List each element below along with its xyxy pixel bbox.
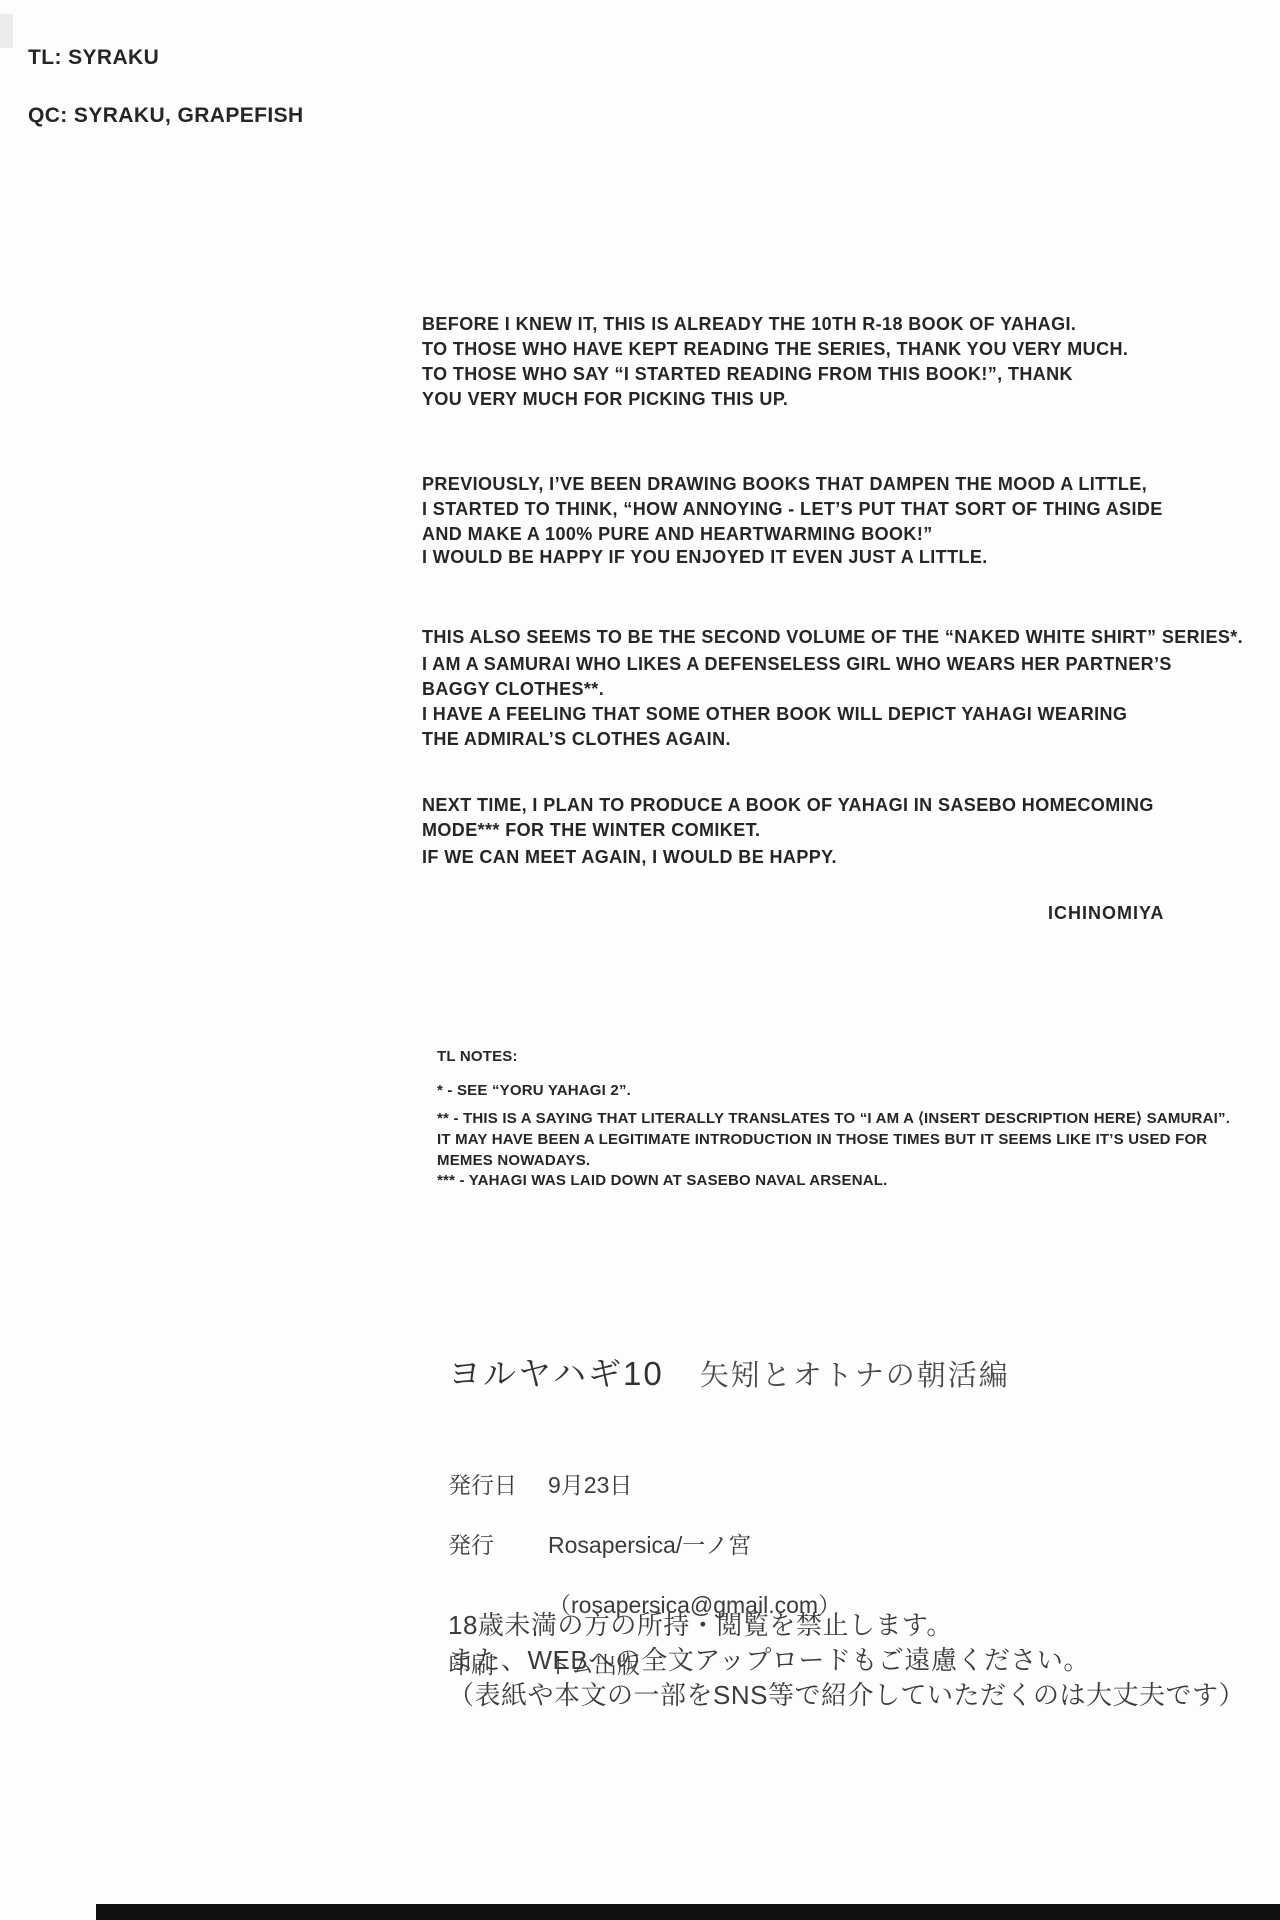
afterword-paragraph: PREVIOUSLY, I’VE BEEN DRAWING BOOKS THAT…	[422, 472, 1242, 547]
author-signature: ICHINOMIYA	[1048, 903, 1164, 924]
afterword-paragraph: I HAVE A FEELING THAT SOME OTHER BOOK WI…	[422, 702, 1242, 752]
scan-artifact	[0, 14, 13, 48]
colophon-row: 発行日 9月23日	[448, 1470, 841, 1500]
tl-notes-heading: TL NOTES:	[437, 1046, 518, 1067]
colophon-value: 9月23日	[548, 1470, 632, 1500]
book-title-main: ヨルヤハギ10	[448, 1348, 664, 1395]
afterword-paragraph: IF WE CAN MEET AGAIN, I WOULD BE HAPPY.	[422, 845, 1242, 870]
tl-note: ** - THIS IS A SAYING THAT LITERALLY TRA…	[437, 1108, 1267, 1171]
colophon-label: 発行日	[448, 1470, 548, 1500]
qc-credit-line: QC: SYRAKU, GRAPEFISH	[28, 101, 304, 130]
afterword-paragraph: I WOULD BE HAPPY IF YOU ENJOYED IT EVEN …	[422, 545, 1242, 570]
afterword-paragraph: I AM A SAMURAI WHO LIKES A DEFENSELESS G…	[422, 652, 1242, 702]
colophon-value: Rosapersica/一ノ宮	[548, 1530, 751, 1560]
afterword-paragraph: NEXT TIME, I PLAN TO PRODUCE A BOOK OF Y…	[422, 793, 1242, 843]
afterword-paragraph: BEFORE I KNEW IT, THIS IS ALREADY THE 10…	[422, 312, 1242, 412]
book-title: ヨルヤハギ10 矢矧とオトナの朝活編	[448, 1348, 1010, 1395]
colophon-row: 発行 Rosapersica/一ノ宮	[448, 1530, 841, 1560]
scanned-afterword-page: TL: SYRAKU QC: SYRAKU, GRAPEFISH BEFORE …	[0, 0, 1280, 1920]
colophon-label: 発行	[448, 1530, 548, 1560]
afterword-paragraph: THIS ALSO SEEMS TO BE THE SECOND VOLUME …	[422, 625, 1252, 650]
book-title-subtitle: 矢矧とオトナの朝活編	[700, 1353, 1010, 1394]
translation-credits: TL: SYRAKU QC: SYRAKU, GRAPEFISH	[28, 14, 304, 159]
age-restriction-disclaimer: 18歳未満の方の所持・閲覧を禁止します。 また、WEBへの全文アップロードもご遠…	[448, 1608, 1278, 1713]
scan-edge-bar	[96, 1904, 1280, 1920]
tl-note: * - SEE “YORU YAHAGI 2”.	[437, 1080, 1257, 1101]
tl-note: *** - YAHAGI WAS LAID DOWN AT SASEBO NAV…	[437, 1170, 1257, 1191]
tl-credit-line: TL: SYRAKU	[28, 43, 304, 72]
